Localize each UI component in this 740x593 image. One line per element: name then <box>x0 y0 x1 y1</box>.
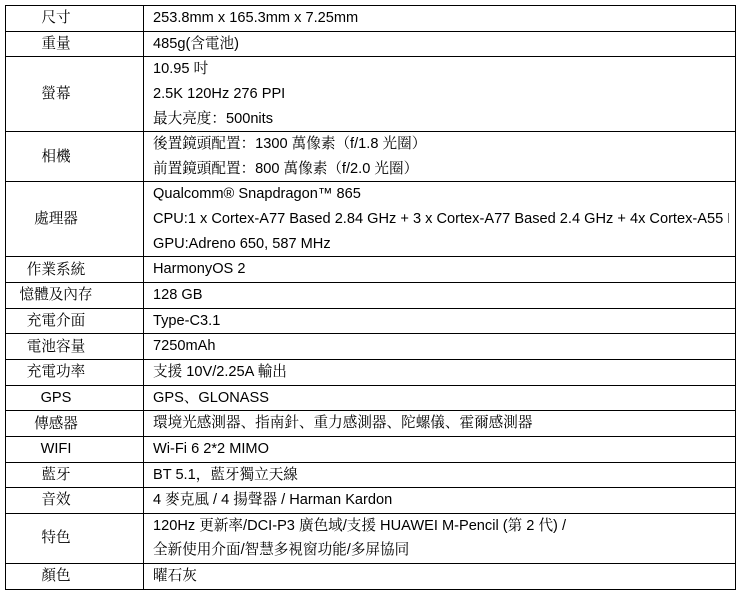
spec-value-line: 128 GB <box>153 283 729 308</box>
table-row: 顏色曜石灰 <box>6 564 736 590</box>
spec-value-line: 後置鏡頭配置：1300 萬像素（f/1.8 光圈） <box>153 132 729 157</box>
spec-label: 憶體及內存 <box>6 286 103 304</box>
spec-label-cell: 顏色 <box>6 564 144 590</box>
spec-label: 充電功率 <box>6 363 103 381</box>
spec-label-cell: 尺寸 <box>6 6 144 32</box>
table-row: WIFIWi-Fi 6 2*2 MIMO <box>6 436 736 462</box>
table-row: 重量485g(含電池) <box>6 31 736 57</box>
spec-label: 電池容量 <box>6 338 103 356</box>
spec-label-cell: 藍牙 <box>6 462 144 488</box>
spec-value-cell: 7250mAh <box>144 334 736 360</box>
spec-label-cell: WIFI <box>6 436 144 462</box>
spec-label: 螢幕 <box>6 85 103 103</box>
spec-label: 特色 <box>6 529 103 547</box>
spec-label-cell: 重量 <box>6 31 144 57</box>
spec-table: 尺寸253.8mm x 165.3mm x 7.25mm重量485g(含電池)螢… <box>5 5 736 590</box>
spec-value-cell: 10.95 吋2.5K 120Hz 276 PPI最大亮度：500nits <box>144 57 736 132</box>
spec-value-line: 前置鏡頭配置：800 萬像素（f/2.0 光圈） <box>153 157 729 182</box>
table-row: 充電介面Type-C3.1 <box>6 308 736 334</box>
table-row: 螢幕10.95 吋2.5K 120Hz 276 PPI最大亮度：500nits <box>6 57 736 132</box>
spec-label: 相機 <box>6 148 103 166</box>
spec-value-line: GPS、GLONASS <box>153 386 729 411</box>
table-row: 電池容量7250mAh <box>6 334 736 360</box>
spec-label: 音效 <box>6 491 103 509</box>
spec-value-cell: 環境光感測器、指南針、重力感測器、陀螺儀、霍爾感測器 <box>144 411 736 437</box>
spec-label-cell: 充電功率 <box>6 359 144 385</box>
spec-value-line: HarmonyOS 2 <box>153 257 729 282</box>
spec-value-line: 2.5K 120Hz 276 PPI <box>153 82 729 107</box>
table-row: 傳感器環境光感測器、指南針、重力感測器、陀螺儀、霍爾感測器 <box>6 411 736 437</box>
table-row: 充電功率支援 10V/2.25A 輸出 <box>6 359 736 385</box>
spec-label: 顏色 <box>6 567 103 585</box>
spec-value-line: 環境光感測器、指南針、重力感測器、陀螺儀、霍爾感測器 <box>153 411 729 436</box>
spec-value-cell: Qualcomm® Snapdragon™ 865CPU:1 x Cortex-… <box>144 182 736 257</box>
spec-value-line: 253.8mm x 165.3mm x 7.25mm <box>153 6 729 31</box>
spec-label-cell: 憶體及內存 <box>6 283 144 309</box>
spec-label-cell: 作業系統 <box>6 257 144 283</box>
spec-value-cell: 支援 10V/2.25A 輸出 <box>144 359 736 385</box>
table-row: 相機後置鏡頭配置：1300 萬像素（f/1.8 光圈）前置鏡頭配置：800 萬像… <box>6 132 736 182</box>
spec-value-line: 全新使用介面/智慧多視窗功能/多屏協同 <box>153 538 729 563</box>
spec-label: 藍牙 <box>6 466 103 484</box>
table-row: 尺寸253.8mm x 165.3mm x 7.25mm <box>6 6 736 32</box>
spec-label-cell: 充電介面 <box>6 308 144 334</box>
spec-label-cell: 相機 <box>6 132 144 182</box>
spec-value-cell: GPS、GLONASS <box>144 385 736 411</box>
table-row: 作業系統HarmonyOS 2 <box>6 257 736 283</box>
spec-label-cell: 音效 <box>6 488 144 514</box>
spec-label-cell: 特色 <box>6 513 144 563</box>
spec-label-cell: 處理器 <box>6 182 144 257</box>
spec-value-cell: 485g(含電池) <box>144 31 736 57</box>
table-row: 特色120Hz 更新率/DCI-P3 廣色域/支援 HUAWEI M-Penci… <box>6 513 736 563</box>
spec-value-cell: Wi-Fi 6 2*2 MIMO <box>144 436 736 462</box>
table-row: 藍牙BT 5.1，藍牙獨立天線 <box>6 462 736 488</box>
spec-label: 傳感器 <box>6 415 103 433</box>
spec-value-line: Type-C3.1 <box>153 309 729 334</box>
spec-label: 重量 <box>6 35 103 53</box>
spec-value-line: CPU:1 x Cortex-A77 Based 2.84 GHz + 3 x … <box>153 207 729 232</box>
spec-value-cell: HarmonyOS 2 <box>144 257 736 283</box>
spec-value-cell: 120Hz 更新率/DCI-P3 廣色域/支援 HUAWEI M-Pencil … <box>144 513 736 563</box>
spec-value-line: 最大亮度：500nits <box>153 107 729 132</box>
spec-value-line: 10.95 吋 <box>153 57 729 82</box>
spec-label: WIFI <box>6 440 103 458</box>
spec-value-cell: 128 GB <box>144 283 736 309</box>
spec-value-line: 120Hz 更新率/DCI-P3 廣色域/支援 HUAWEI M-Pencil … <box>153 514 729 539</box>
spec-value-line: Qualcomm® Snapdragon™ 865 <box>153 182 729 207</box>
spec-label: 尺寸 <box>6 9 103 27</box>
spec-value-cell: 曜石灰 <box>144 564 736 590</box>
spec-table-body: 尺寸253.8mm x 165.3mm x 7.25mm重量485g(含電池)螢… <box>6 6 736 590</box>
spec-label: GPS <box>6 389 103 407</box>
spec-label-cell: 電池容量 <box>6 334 144 360</box>
spec-value-cell: BT 5.1，藍牙獨立天線 <box>144 462 736 488</box>
spec-value-cell: 4 麥克風 / 4 揚聲器 / Harman Kardon <box>144 488 736 514</box>
spec-label-cell: GPS <box>6 385 144 411</box>
table-row: 處理器Qualcomm® Snapdragon™ 865CPU:1 x Cort… <box>6 182 736 257</box>
spec-value-line: GPU:Adreno 650, 587 MHz <box>153 232 729 257</box>
table-row: 憶體及內存128 GB <box>6 283 736 309</box>
spec-value-line: 支援 10V/2.25A 輸出 <box>153 360 729 385</box>
spec-label-cell: 傳感器 <box>6 411 144 437</box>
spec-value-line: 曜石灰 <box>153 564 729 589</box>
spec-value-cell: 253.8mm x 165.3mm x 7.25mm <box>144 6 736 32</box>
spec-value-line: 4 麥克風 / 4 揚聲器 / Harman Kardon <box>153 488 729 513</box>
table-row: 音效4 麥克風 / 4 揚聲器 / Harman Kardon <box>6 488 736 514</box>
spec-label-cell: 螢幕 <box>6 57 144 132</box>
spec-label: 作業系統 <box>6 261 103 279</box>
spec-value-line: BT 5.1，藍牙獨立天線 <box>153 463 729 488</box>
spec-value-line: Wi-Fi 6 2*2 MIMO <box>153 437 729 462</box>
spec-value-line: 485g(含電池) <box>153 32 729 57</box>
spec-value-cell: Type-C3.1 <box>144 308 736 334</box>
spec-value-line: 7250mAh <box>153 334 729 359</box>
spec-label: 處理器 <box>6 210 103 228</box>
spec-value-cell: 後置鏡頭配置：1300 萬像素（f/1.8 光圈）前置鏡頭配置：800 萬像素（… <box>144 132 736 182</box>
spec-label: 充電介面 <box>6 312 103 330</box>
table-row: GPSGPS、GLONASS <box>6 385 736 411</box>
